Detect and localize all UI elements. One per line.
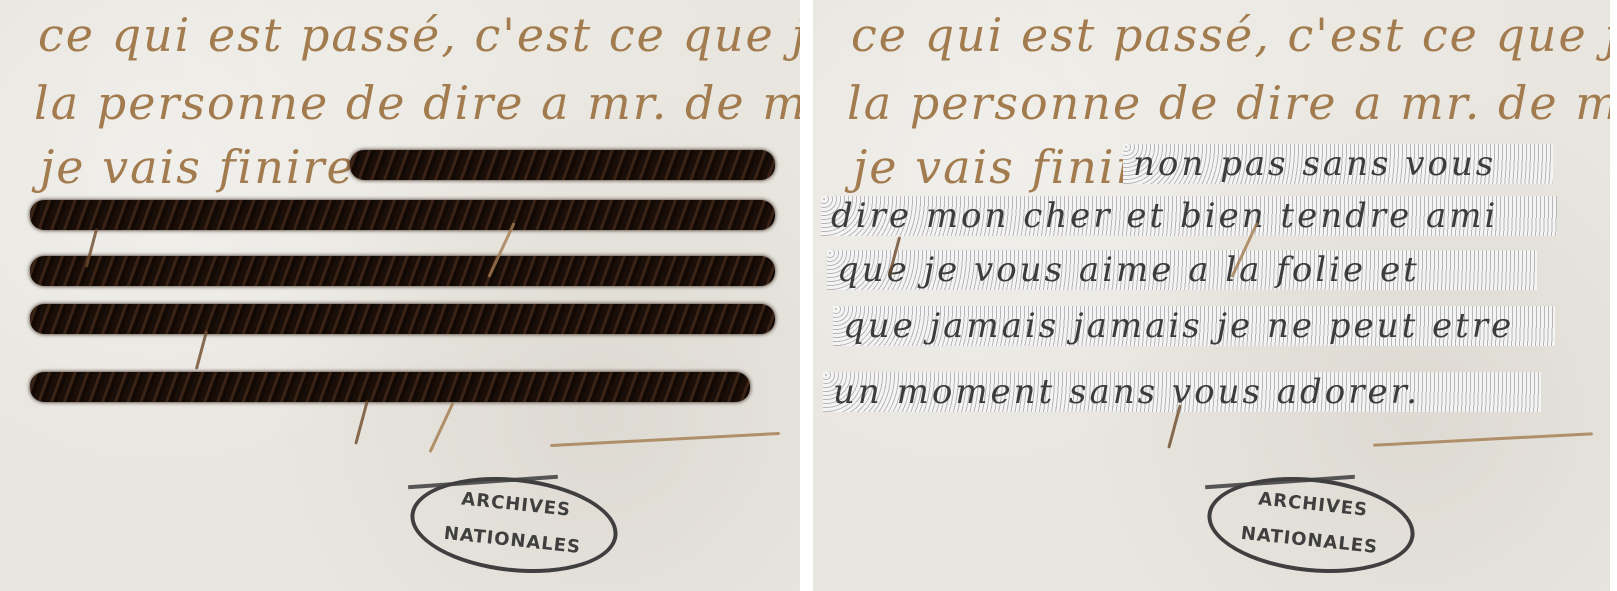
revealed-line-4: que jamais jamais je ne peut etre: [833, 306, 1555, 346]
ink-stroke: [195, 330, 208, 369]
handwriting-line-1: ce qui est passé, c'est ce que je charge: [38, 8, 800, 62]
redaction-scribble-4: [30, 304, 775, 334]
stamp-text-nationales: NATIONALES: [412, 520, 613, 562]
redaction-scribble-1: [350, 150, 775, 180]
ink-stroke: [1373, 432, 1593, 447]
right-panel-revealed: ce qui est passé, c'est ce que je charge…: [813, 0, 1610, 591]
redaction-scribble-3: [30, 256, 775, 286]
handwriting-line-2: la personne de dire a mr. de mercy: [34, 76, 800, 130]
ink-stroke: [550, 432, 780, 447]
redaction-scribble-2: [30, 200, 775, 230]
handwriting-line-3: je vais finire: [40, 140, 356, 194]
revealed-line-1: non pas sans vous: [1123, 144, 1553, 184]
left-panel-redacted: ce qui est passé, c'est ce que je charge…: [0, 0, 800, 591]
revealed-line-2: dire mon cher et bien tendre ami: [821, 196, 1557, 236]
handwriting-line-3: je vais finire: [853, 140, 1169, 194]
panel-divider: [800, 0, 813, 591]
redaction-scribble-5: [30, 372, 750, 402]
stamp-text-archives: ARCHIVES: [416, 484, 617, 526]
ink-stroke: [429, 402, 455, 453]
ink-stroke: [354, 400, 369, 444]
revealed-line-5: un moment sans vous adorer.: [823, 372, 1541, 412]
handwriting-line-2: la personne de dire a mr. de mercy: [847, 76, 1610, 130]
handwriting-line-1: ce qui est passé, c'est ce que je charge: [851, 8, 1610, 62]
revealed-line-3: que je vous aime a la folie et: [827, 250, 1537, 290]
stamp-text-archives: ARCHIVES: [1213, 484, 1414, 526]
stamp-text-nationales: NATIONALES: [1209, 520, 1410, 562]
